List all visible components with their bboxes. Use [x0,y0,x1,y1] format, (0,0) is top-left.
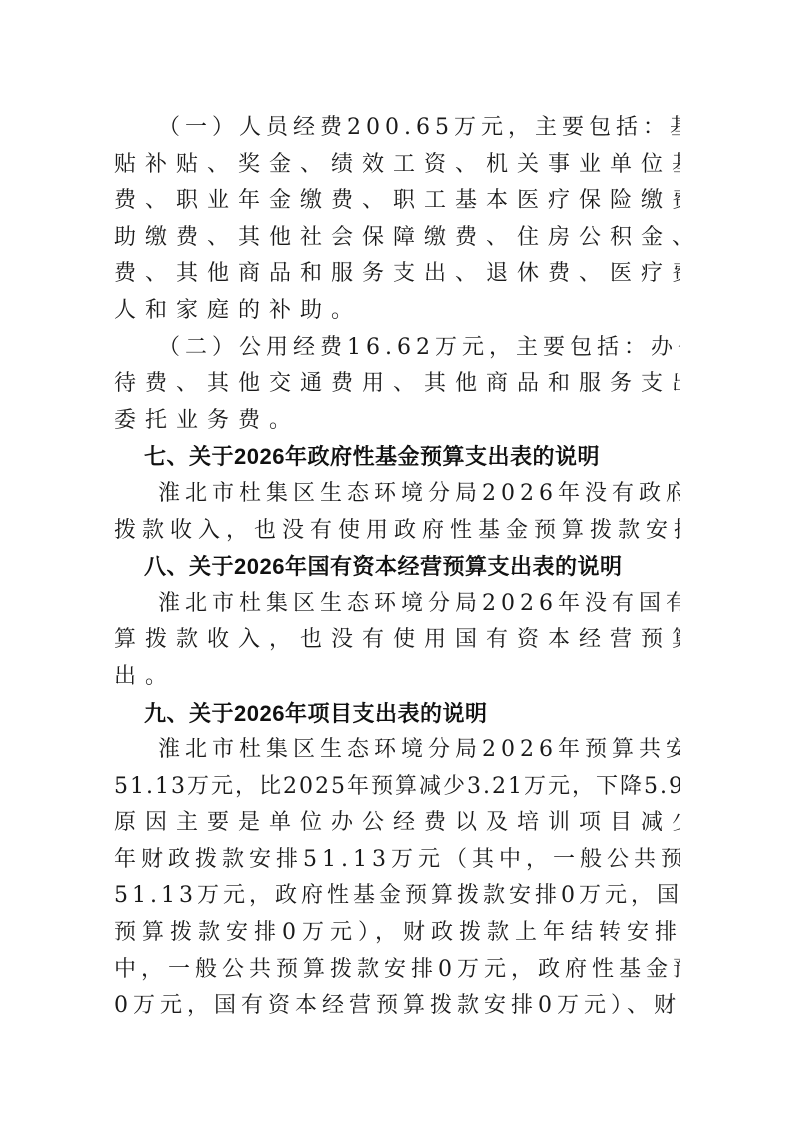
text-line: 助缴费、其他社会保障缴费、住房公积金、办公费、工会经 [114,220,680,257]
text-line: （二）公用经费16.62万元，主要包括：办公费、公务接 [114,330,680,367]
section-9-heading: 九、关于2026年项目支出表的说明 [114,696,680,733]
text-line: 51.13万元，比2025年预算减少3.21万元，下降5.91%，下降 [114,769,680,806]
paragraph-section-9: 淮北市杜集区生态环境分局2026年预算共安排项目支出 51.13万元，比2025… [114,732,680,1025]
text-line: 待费、其他交通费用、其他商品和服务支出。本年度未安排 [114,366,680,403]
text-line: 51.13万元，政府性基金预算拨款安排0万元，国有资本经营 [114,878,680,915]
text-line: 中，一般公共预算拨款安排0万元，政府性基金预算拨款安排 [114,952,680,989]
document-page: （一）人员经费200.65万元，主要包括：基本工资、津 贴补贴、奖金、绩效工资、… [114,110,680,1025]
paragraph-public-expenses: （二）公用经费16.62万元，主要包括：办公费、公务接 待费、其他交通费用、其他… [114,330,680,440]
text-line: 委托业务费。 [114,403,680,440]
text-line: 年财政拨款安排51.13万元（其中，一般公共预算拨款安排 [114,842,680,879]
text-line: 拨款收入，也没有使用政府性基金预算拨款安排的支出。 [114,513,680,550]
text-line: 淮北市杜集区生态环境分局2026年预算共安排项目支出 [114,732,680,769]
paragraph-personnel-expenses: （一）人员经费200.65万元，主要包括：基本工资、津 贴补贴、奖金、绩效工资、… [114,110,680,330]
paragraph-section-8: 淮北市杜集区生态环境分局2026年没有国有资本经营预 算拨款收入，也没有使用国有… [114,586,680,696]
section-8-heading: 八、关于2026年国有资本经营预算支出表的说明 [114,549,680,586]
text-line: 出。 [114,659,680,696]
text-line: 预算拨款安排0万元），财政拨款上年结转安排0万元（其 [114,915,680,952]
text-line: 0万元，国有资本经营预算拨款安排0万元）、财政专户管理 [114,988,680,1025]
text-line: 人和家庭的补助。 [114,293,680,330]
text-line: 原因主要是单位办公经费以及培训项目减少。主要包括：本 [114,805,680,842]
section-7-heading: 七、关于2026年政府性基金预算支出表的说明 [114,439,680,476]
text-line: （一）人员经费200.65万元，主要包括：基本工资、津 [114,110,680,147]
text-line: 费、职业年金缴费、职工基本医疗保险缴费、公务员医疗补 [114,183,680,220]
text-line: 贴补贴、奖金、绩效工资、机关事业单位基本养老保险缴 [114,147,680,184]
text-line: 费、其他商品和服务支出、退休费、医疗费补助、其他对个 [114,256,680,293]
text-line: 算拨款收入，也没有使用国有资本经营预算拨款安排的支 [114,622,680,659]
text-line: 淮北市杜集区生态环境分局2026年没有政府性基金预算 [114,476,680,513]
paragraph-section-7: 淮北市杜集区生态环境分局2026年没有政府性基金预算 拨款收入，也没有使用政府性… [114,476,680,549]
text-line: 淮北市杜集区生态环境分局2026年没有国有资本经营预 [114,586,680,623]
